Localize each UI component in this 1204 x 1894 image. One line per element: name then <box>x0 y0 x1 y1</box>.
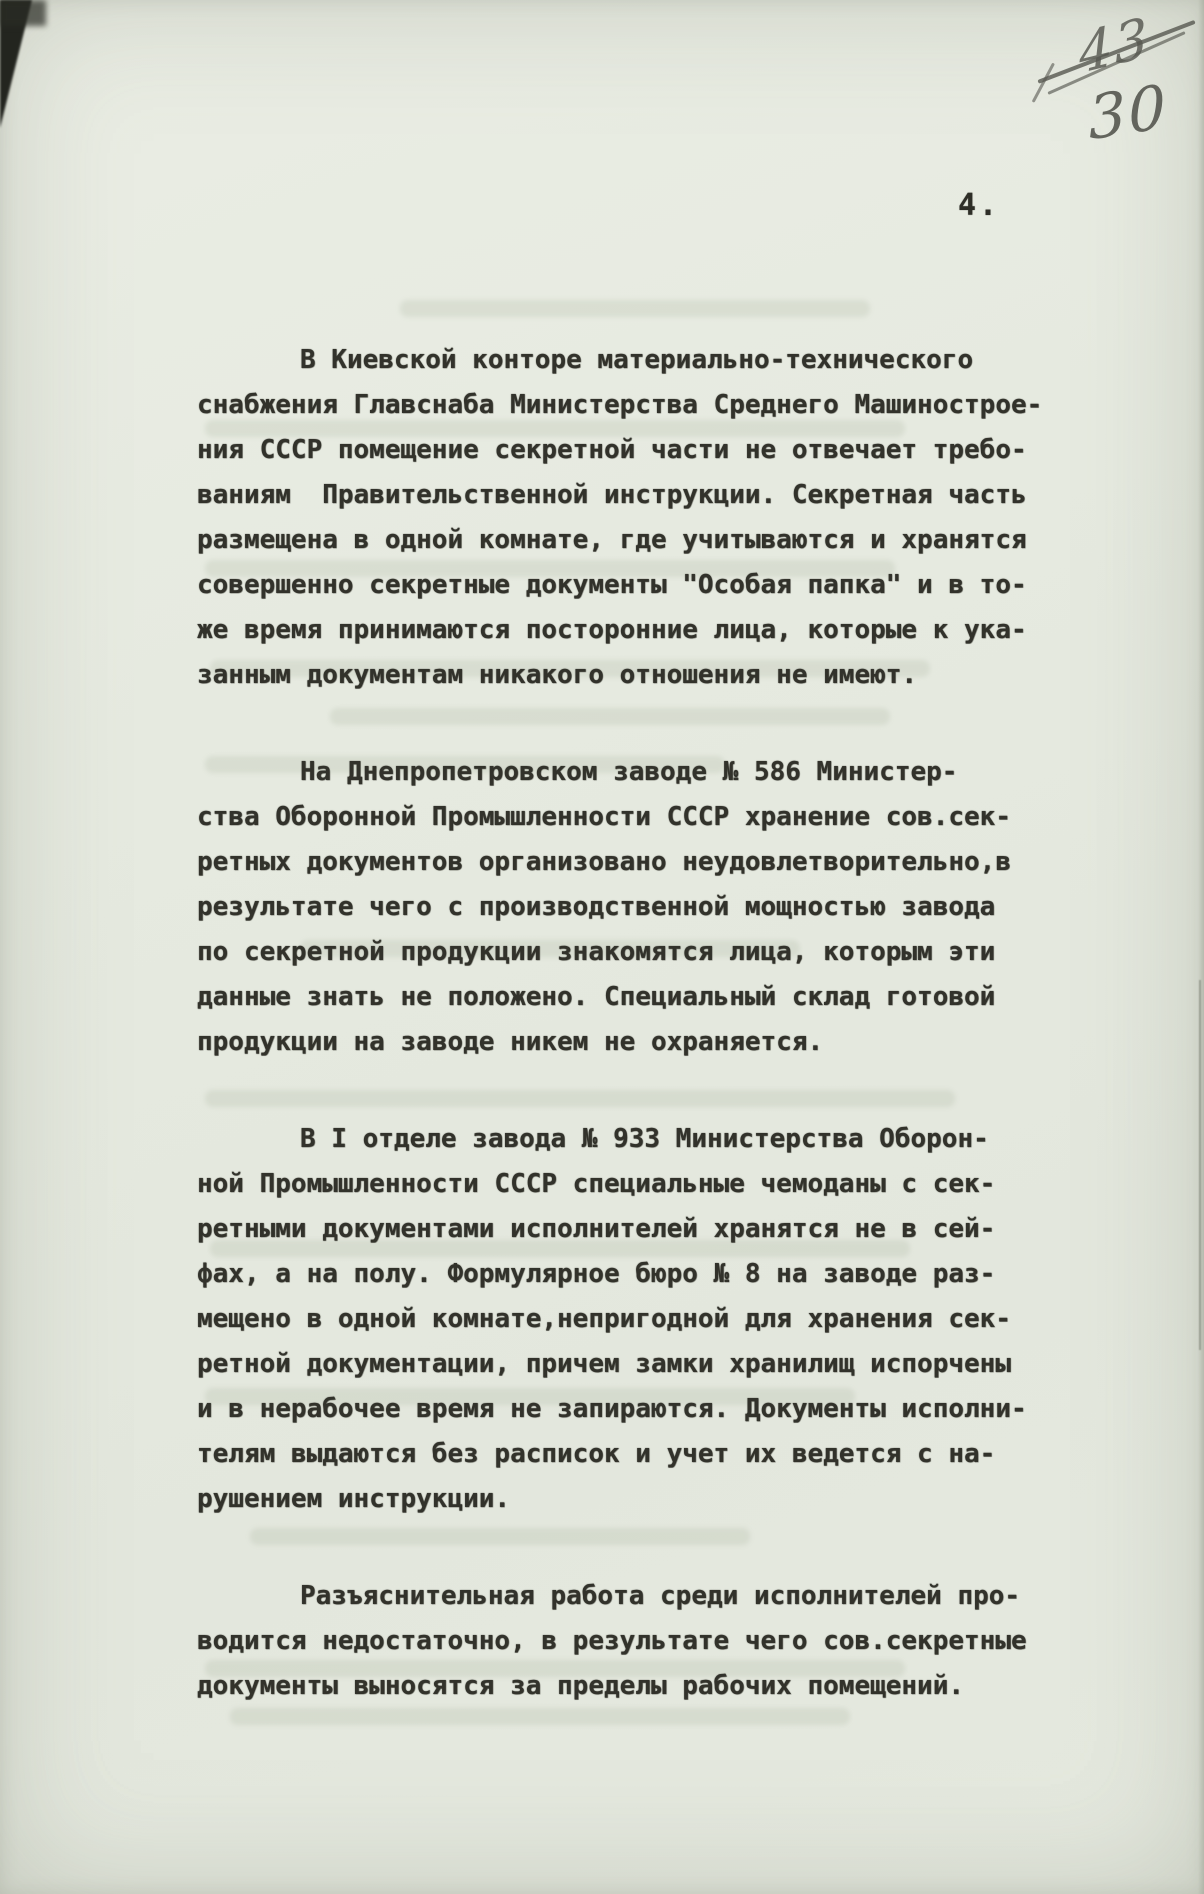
paragraph: На Днепропетровском заводе № 586 Министе… <box>197 750 1077 1065</box>
document-body: В Киевской конторе материально-техническ… <box>197 338 1077 1709</box>
page-number: 4. <box>958 188 1000 223</box>
text-line: и в нерабочее время не запираются. Докум… <box>197 1387 1077 1432</box>
text-line: ства Оборонной Промышленности СССР хране… <box>197 795 1077 840</box>
text-line: ной Промышленности СССР специальные чемо… <box>197 1162 1077 1207</box>
text-line: рушением инструкции. <box>197 1477 1077 1522</box>
text-line: телям выдаются без расписок и учет их ве… <box>197 1432 1077 1477</box>
text-line: водится недостаточно, в результате чего … <box>197 1619 1077 1664</box>
text-line: размещена в одной комнате, где учитывают… <box>197 518 1077 563</box>
text-line: ния СССР помещение секретной части не от… <box>197 428 1077 473</box>
text-line: ретной документации, причем замки хранил… <box>197 1342 1077 1387</box>
document-scan: 43 30 4. В Киевской конторе материально-… <box>0 0 1204 1894</box>
text-line: ретными документами исполнителей хранятс… <box>197 1207 1077 1252</box>
text-line: фах, а на полу. Формулярное бюро № 8 на … <box>197 1252 1077 1297</box>
handwritten-number: 30 <box>1087 72 1170 155</box>
text-line: документы выносятся за пределы рабочих п… <box>197 1664 1077 1709</box>
bleed-through-artifact <box>400 300 870 317</box>
text-line: ретных документов организовано неудовлет… <box>197 840 1077 885</box>
scan-corner-shadow <box>0 0 46 26</box>
text-line: продукции на заводе никем не охраняется. <box>197 1020 1077 1065</box>
text-line: На Днепропетровском заводе № 586 Министе… <box>197 750 1077 795</box>
text-line: мещено в одной комнате,непригодной для х… <box>197 1297 1077 1342</box>
text-line: данные знать не положено. Специальный ск… <box>197 975 1077 1020</box>
text-line: В Киевской конторе материально-техническ… <box>197 338 1077 383</box>
page-edge-shading <box>1198 0 1204 1894</box>
paragraph: В I отделе завода № 933 Министерства Обо… <box>197 1117 1077 1522</box>
paragraph: В Киевской конторе материально-техническ… <box>197 338 1077 698</box>
text-line: ваниям Правительственной инструкции. Сек… <box>197 473 1077 518</box>
text-line: по секретной продукции знакомятся лица, … <box>197 930 1077 975</box>
bleed-through-artifact <box>230 1708 850 1725</box>
text-line: результате чего с производственной мощно… <box>197 885 1077 930</box>
paragraph: Разъяснительная работа среди исполнителе… <box>197 1574 1077 1709</box>
text-line: совершенно секретные документы "Особая п… <box>197 563 1077 608</box>
text-line: В I отделе завода № 933 Министерства Обо… <box>197 1117 1077 1162</box>
text-line: занным документам никакого отношения не … <box>197 653 1077 698</box>
page-edge-line <box>1199 980 1202 1350</box>
strikethrough-mark <box>1032 63 1055 103</box>
text-line: снабжения Главснаба Министерства Среднег… <box>197 383 1077 428</box>
text-line: же время принимаются посторонние лица, к… <box>197 608 1077 653</box>
text-line: Разъяснительная работа среди исполнителе… <box>197 1574 1077 1619</box>
